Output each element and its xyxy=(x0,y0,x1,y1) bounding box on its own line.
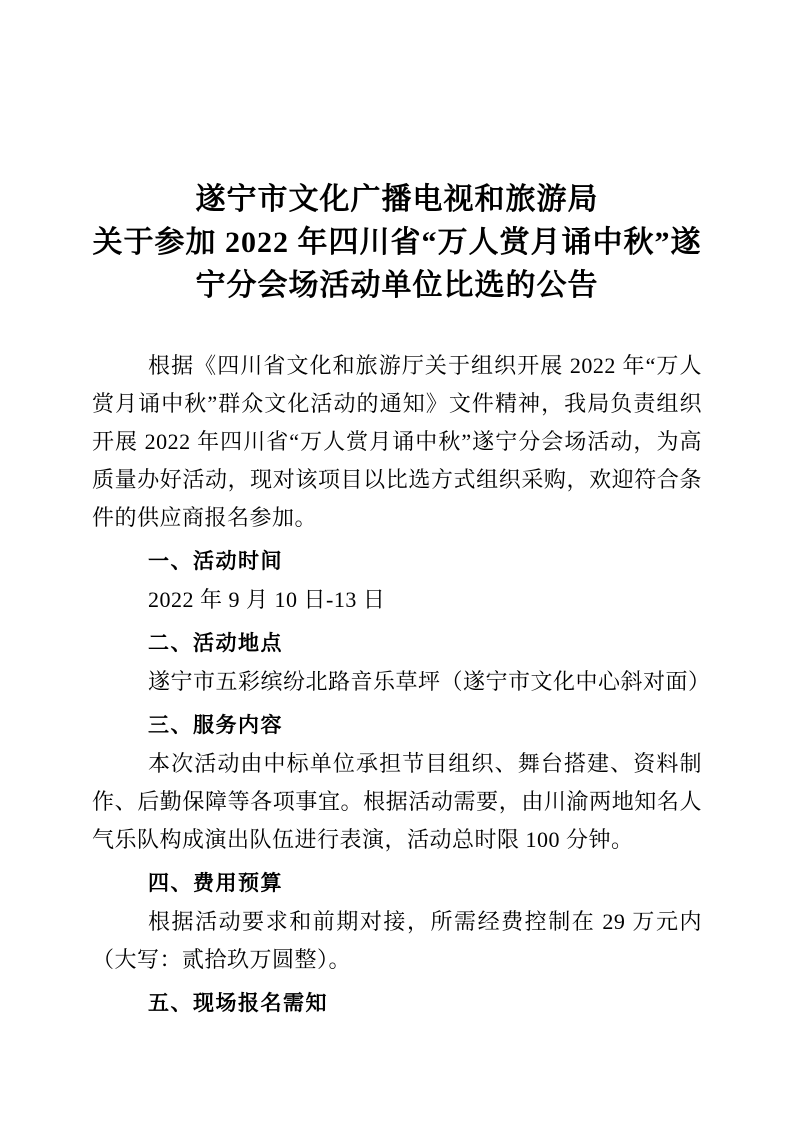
section-heading-service-content: 三、服务内容 xyxy=(92,707,702,745)
section-heading-budget: 四、费用预算 xyxy=(92,865,702,903)
title-line-2: 关于参加 2022 年四川省“万人赏月诵中秋”遂 xyxy=(92,221,702,264)
document-title: 遂宁市文化广播电视和旅游局 关于参加 2022 年四川省“万人赏月诵中秋”遂 宁… xyxy=(92,178,702,307)
intro-paragraph: 根据《四川省文化和旅游厅关于组织开展 2022 年“万人赏月诵中秋”群众文化活动… xyxy=(92,347,702,537)
section-body-activity-time: 2022 年 9 月 10 日-13 日 xyxy=(92,581,702,619)
section-heading-activity-time: 一、活动时间 xyxy=(92,543,702,581)
document-page: 遂宁市文化广播电视和旅游局 关于参加 2022 年四川省“万人赏月诵中秋”遂 宁… xyxy=(0,0,793,1122)
section-heading-activity-location: 二、活动地点 xyxy=(92,625,702,663)
section-body-budget: 根据活动要求和前期对接，所需经费控制在 29 万元内（大写：贰拾玖万圆整）。 xyxy=(92,903,702,979)
section-body-activity-location: 遂宁市五彩缤纷北路音乐草坪（遂宁市文化中心斜对面） xyxy=(92,663,702,701)
section-body-service-content: 本次活动由中标单位承担节目组织、舞台搭建、资料制作、后勤保障等各项事宜。根据活动… xyxy=(92,745,702,859)
title-line-1: 遂宁市文化广播电视和旅游局 xyxy=(92,178,702,221)
section-heading-registration-notes: 五、现场报名需知 xyxy=(92,985,702,1023)
title-line-3: 宁分会场活动单位比选的公告 xyxy=(92,264,702,307)
